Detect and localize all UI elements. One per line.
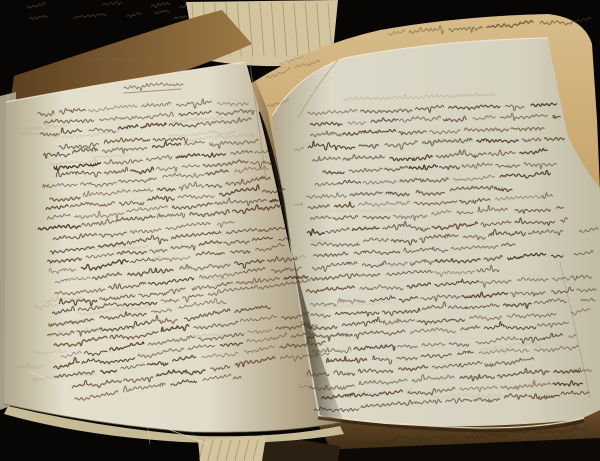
manuscript-photo [0, 0, 600, 461]
manuscript-scene [0, 0, 600, 461]
